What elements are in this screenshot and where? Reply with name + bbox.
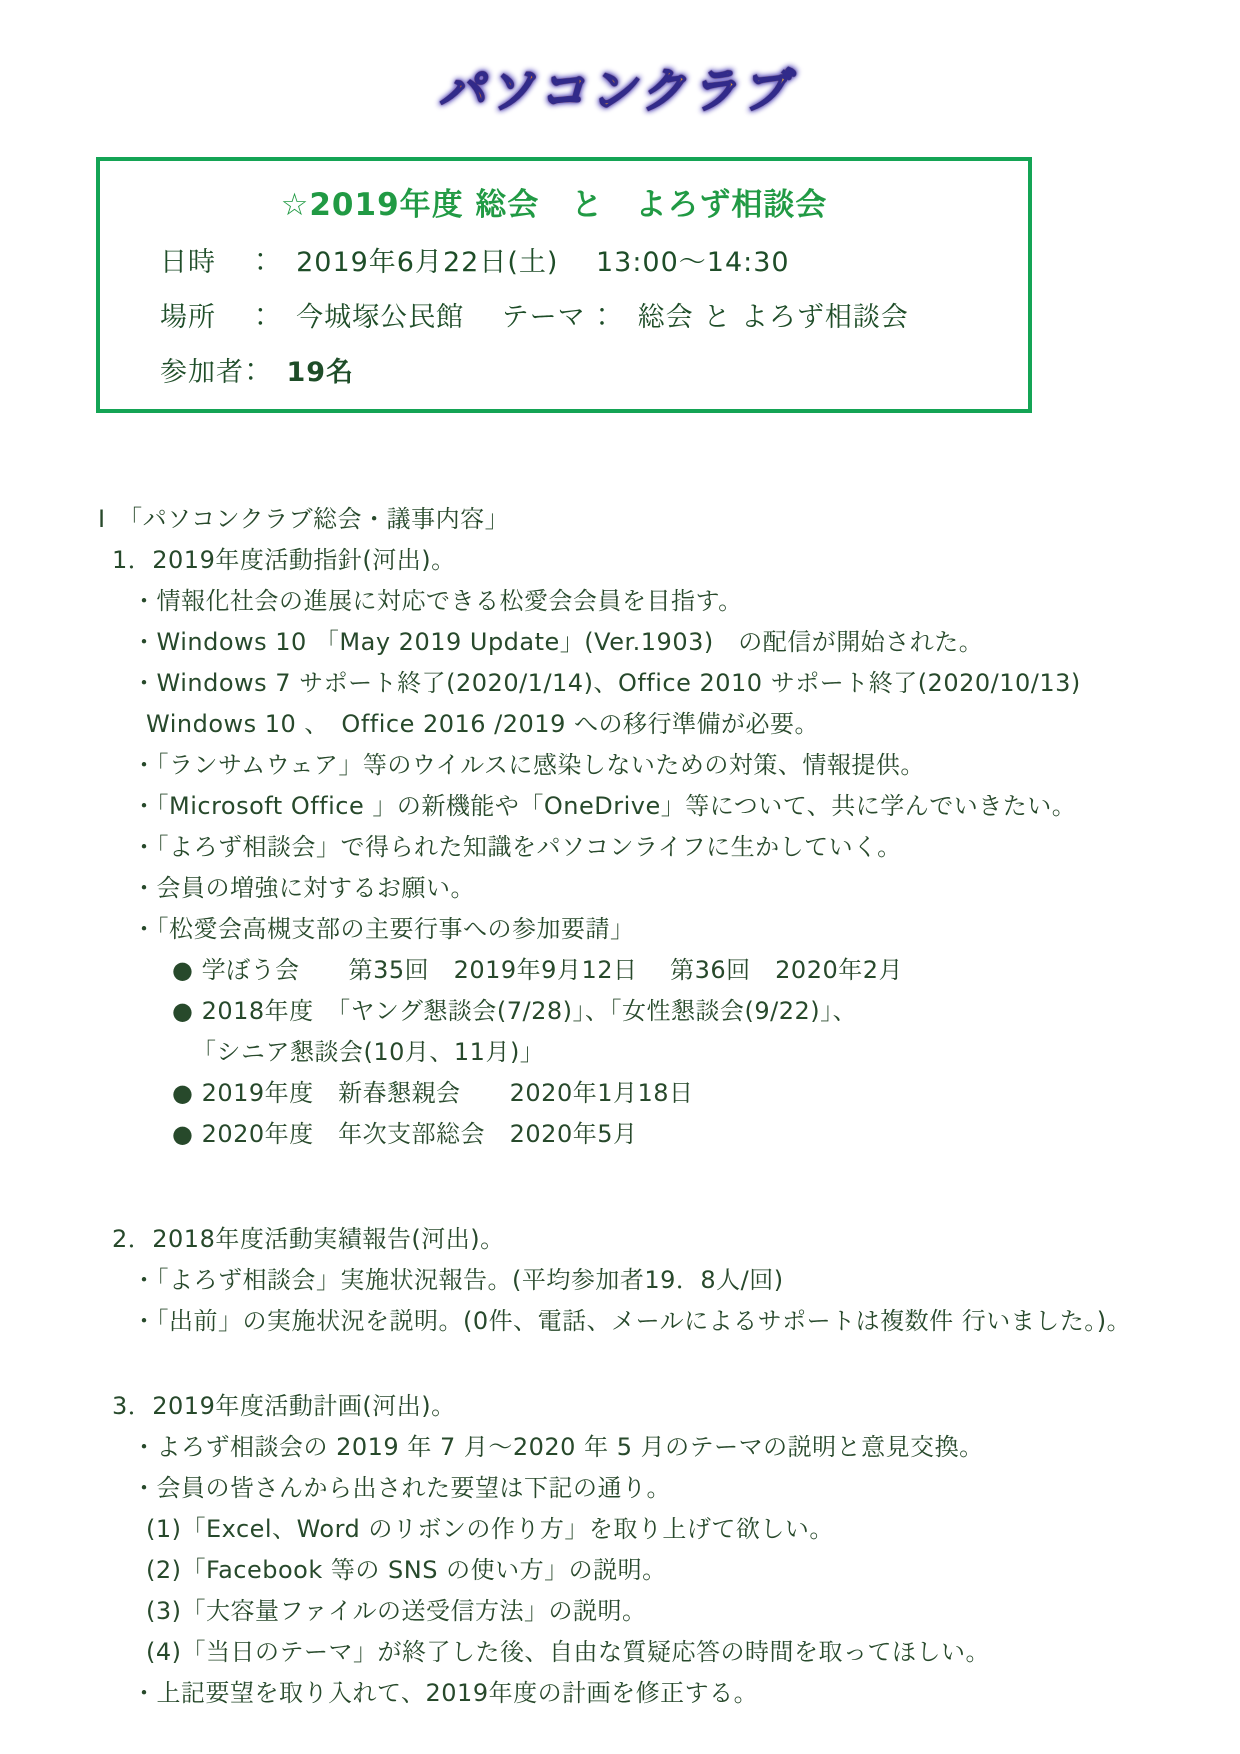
club-wordart-title: パソコンクラブ [438, 54, 803, 121]
doc-line-request: (3)「大容量ファイルの送受信方法」の説明。 [98, 1591, 1200, 1632]
section-1-title: 1．2019年度活動指針(河出)。 [98, 540, 1200, 581]
doc-line-event: ● 2020年度 年次支部総会 2020年5月 [98, 1114, 1200, 1155]
doc-line-event: 「シニア懇談会(10月、11月)」 [98, 1032, 1200, 1073]
doc-line: ・会員の増強に対するお願い。 [98, 868, 1200, 909]
doc-line: ・「出前」の実施状況を説明。(0件、電話、メールによるサポートは複数件 行いまし… [98, 1301, 1200, 1342]
participants-label: 参加者： [160, 357, 287, 388]
doc-line-request: (1)「Excel、Word のリボンの作り方」を取り上げて欲しい。 [98, 1509, 1200, 1550]
doc-line: ・よろず相談会の 2019 年 7 月～2020 年 5 月のテーマの説明と意見… [98, 1427, 1200, 1468]
section-2-title: 2．2018年度活動実績報告(河出)。 [98, 1219, 1200, 1260]
doc-line: ・「松愛会高槻支部の主要行事への参加要請」 [98, 909, 1200, 950]
meeting-title: ☆2019年度 総会 と よろず相談会 [160, 179, 948, 224]
doc-line: ・上記要望を取り入れて、2019年度の計画を修正する。 [98, 1673, 1200, 1714]
wordart-title-wrap: パソコンクラブ [0, 0, 1240, 121]
doc-line: ・「Microsoft Office 」の新機能や「OneDrive」等について… [98, 786, 1200, 827]
document-page: パソコンクラブ ☆2019年度 総会 と よろず相談会 日時 ： 2019年6月… [0, 0, 1240, 1754]
doc-line: ・会員の皆さんから出された要望は下記の通り。 [98, 1468, 1200, 1509]
doc-line: Windows 10 、 Office 2016 /2019 への移行準備が必要… [98, 704, 1200, 745]
participants-count: 19名 [287, 357, 355, 388]
doc-line: ・情報化社会の進展に対応できる松愛会会員を目指す。 [98, 581, 1200, 622]
minutes-body: Ⅰ 「パソコンクラブ総会・議事内容」 1．2019年度活動指針(河出)。 ・情報… [98, 499, 1200, 1714]
doc-line: ・「ランサムウェア」等のウイルスに感染しないための対策、情報提供。 [98, 745, 1200, 786]
doc-line-event: ● 2019年度 新春懇親会 2020年1月18日 [98, 1073, 1200, 1114]
doc-line: ・Windows 7 サポート終了(2020/1/14)、Office 2010… [98, 663, 1200, 704]
doc-line: ・「よろず相談会」実施状況報告。(平均参加者19．8人/回) [98, 1260, 1200, 1301]
meeting-place-theme-line: 場所 ： 今城塚公民館 テーマ ： 総会 と よろず相談会 [160, 295, 1008, 334]
doc-line-event: ● 学ぼう会 第35回 2019年9月12日 第36回 2020年2月 [98, 950, 1200, 991]
doc-line-event: ● 2018年度 「ヤング懇談会(7/28)」、「女性懇談会(9/22)」、 [98, 991, 1200, 1032]
minutes-heading: Ⅰ 「パソコンクラブ総会・議事内容」 [98, 499, 1200, 540]
meeting-participants-line: 参加者： 19名 [160, 350, 1008, 389]
doc-line-request: (2)「Facebook 等の SNS の使い方」の説明。 [98, 1550, 1200, 1591]
doc-line: ・「よろず相談会」で得られた知識をパソコンライフに生かしていく。 [98, 827, 1200, 868]
doc-line: ・Windows 10 「May 2019 Update」(Ver.1903) … [98, 622, 1200, 663]
meeting-info-box: ☆2019年度 総会 と よろず相談会 日時 ： 2019年6月22日(土) 1… [96, 157, 1032, 413]
section-3-title: 3．2019年度活動計画(河出)。 [98, 1386, 1200, 1427]
doc-line-request: (4)「当日のテーマ」が終了した後、自由な質疑応答の時間を取ってほしい。 [98, 1632, 1200, 1673]
meeting-datetime-line: 日時 ： 2019年6月22日(土) 13:00～14:30 [160, 240, 1008, 279]
